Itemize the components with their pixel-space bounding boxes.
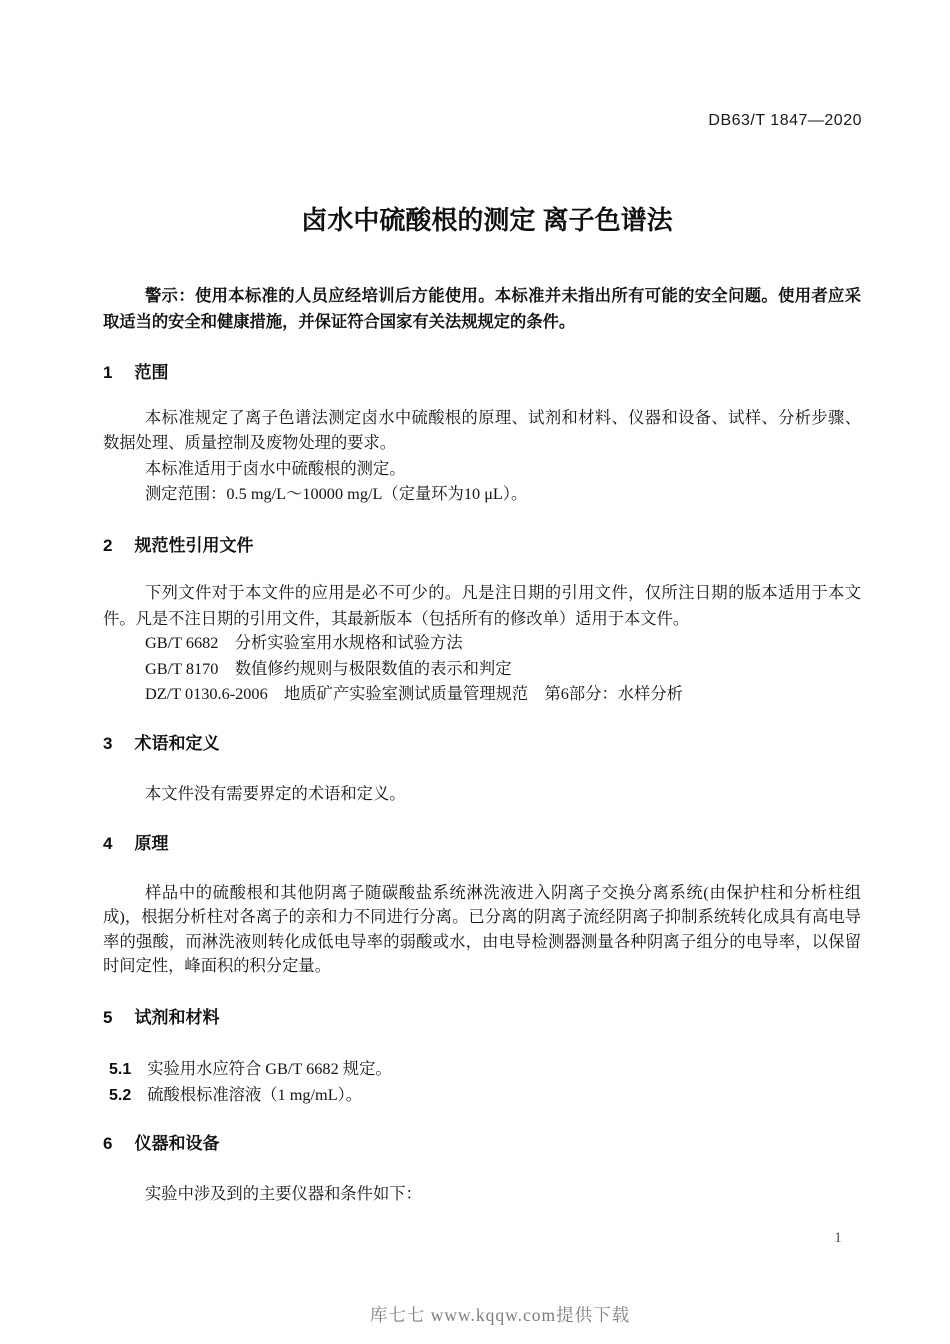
- reference-item: GB/T 8170 数值修约规则与极限数值的表示和判定: [103, 656, 861, 681]
- clause-number: 5.2: [109, 1087, 131, 1104]
- section-heading-scope: 1范围: [103, 360, 861, 385]
- section-title: 范围: [134, 363, 168, 382]
- document-title: 卤水中硫酸根的测定 离子色谱法: [12, 200, 950, 237]
- instruments-paragraph: 实验中涉及到的主要仪器和条件如下：: [103, 1181, 861, 1206]
- reference-item: GB/T 6682 分析实验室用水规格和试验方法: [103, 630, 861, 655]
- clause-number: 5.1: [109, 1061, 131, 1078]
- section-number: 3: [103, 734, 112, 753]
- section-heading-normative-references: 2规范性引用文件: [103, 533, 861, 558]
- terms-paragraph: 本文件没有需要界定的术语和定义。: [103, 781, 861, 806]
- section-title: 仪器和设备: [134, 1134, 219, 1153]
- standard-code: DB63/T 1847—2020: [708, 112, 862, 130]
- section-title: 原理: [134, 834, 168, 853]
- section-title: 术语和定义: [134, 734, 219, 753]
- warning-paragraph: 警示：使用本标准的人员应经培训后方能使用。本标准并未指出所有可能的安全问题。使用…: [103, 284, 861, 335]
- page-number: 1: [820, 1230, 856, 1247]
- section-number: 6: [103, 1134, 112, 1153]
- clause-text: 硫酸根标准溶液（1 mg/mL）。: [147, 1085, 362, 1104]
- scope-paragraph-3: 测定范围：0.5 mg/L～10000 mg/L（定量环为10 μL）。: [103, 481, 861, 506]
- document-page: DB63/T 1847—2020 卤水中硫酸根的测定 离子色谱法 警示：使用本标…: [0, 0, 950, 1344]
- section-heading-principle: 4原理: [103, 831, 861, 856]
- section-number: 4: [103, 834, 112, 853]
- scope-paragraph-2: 本标准适用于卤水中硫酸根的测定。: [103, 456, 861, 481]
- principle-paragraph: 样品中的硫酸根和其他阴离子随碳酸盐系统淋洗液进入阴离子交换分离系统(由保护柱和分…: [103, 881, 861, 978]
- clause-5-1: 5.1实验用水应符合 GB/T 6682 规定。: [109, 1056, 861, 1082]
- section-heading-reagents: 5试剂和材料: [103, 1005, 861, 1030]
- references-intro-paragraph: 下列文件对于本文件的应用是必不可少的。凡是注日期的引用文件，仅所注日期的版本适用…: [103, 580, 861, 631]
- section-heading-instruments: 6仪器和设备: [103, 1131, 861, 1156]
- section-title: 试剂和材料: [134, 1008, 219, 1027]
- section-heading-terms: 3术语和定义: [103, 731, 861, 756]
- section-title: 规范性引用文件: [134, 536, 253, 555]
- section-number: 5: [103, 1008, 112, 1027]
- watermark-text: 库七七 www.kqqw.com提供下载: [25, 1302, 950, 1327]
- section-number: 2: [103, 536, 112, 555]
- clause-text: 实验用水应符合 GB/T 6682 规定。: [147, 1059, 391, 1078]
- reference-item: DZ/T 0130.6-2006 地质矿产实验室测试质量管理规范 第6部分：水样…: [103, 681, 861, 706]
- scope-paragraph-1: 本标准规定了离子色谱法测定卤水中硫酸根的原理、试剂和材料、仪器和设备、试样、分析…: [103, 405, 861, 455]
- section-number: 1: [103, 363, 112, 382]
- clause-5-2: 5.2硫酸根标准溶液（1 mg/mL）。: [109, 1082, 861, 1108]
